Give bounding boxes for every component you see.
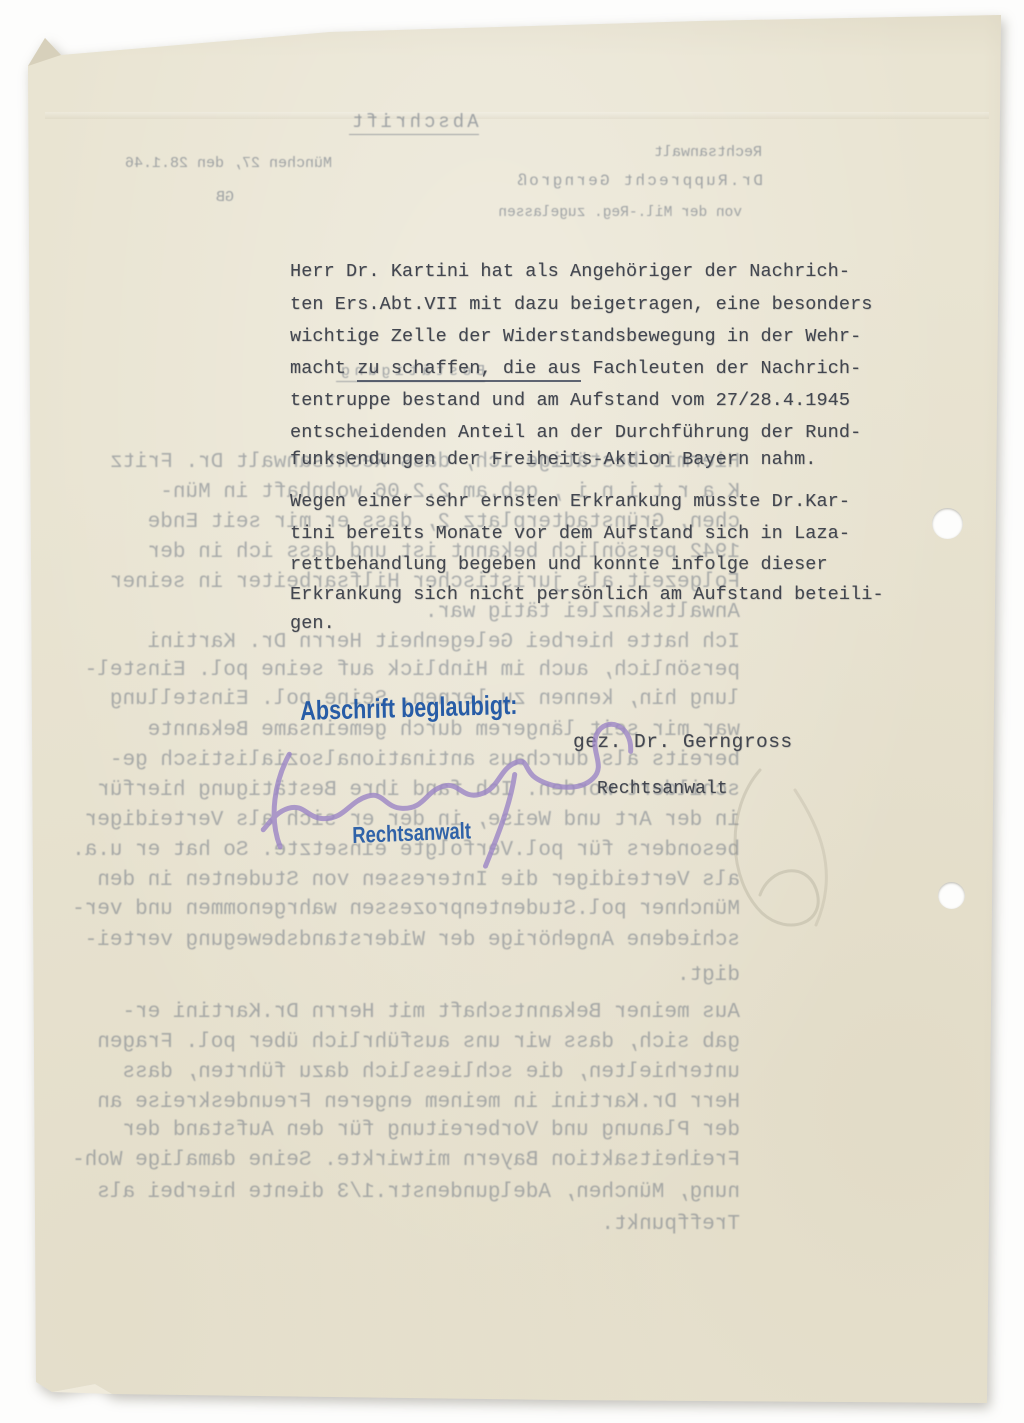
typed-line: gen. bbox=[290, 613, 335, 635]
typed-segment: macht bbox=[290, 358, 357, 379]
typed-line: funksendungen der Freiheits-Aktion Bayer… bbox=[290, 449, 817, 471]
bleed-line: Freiheitsaktion Bayern mitwirkte. Seine … bbox=[72, 1149, 740, 1173]
punch-hole bbox=[932, 508, 963, 539]
typed-line: tini bereits Monate vor dem Aufstand sic… bbox=[290, 523, 850, 545]
typed-segment: Fachleuten der Nachrich- bbox=[581, 358, 861, 379]
underlined-phrase: zu schaffen, die aus bbox=[357, 358, 581, 382]
typed-line: Herr Dr. Kartini hat als Angehöriger der… bbox=[290, 261, 850, 283]
signature-ink bbox=[244, 706, 652, 897]
mirrored-title: Abschrift bbox=[349, 90, 565, 156]
mirrored-ref: GB bbox=[216, 189, 234, 206]
typed-line: rettbehandlung begeben und konnte infolg… bbox=[290, 554, 828, 576]
typed-line: wichtige Zelle der Widerstandsbewegung i… bbox=[290, 326, 861, 348]
bleed-line: digt. bbox=[677, 964, 740, 988]
mirrored-letterhead-line: von der Mil.-Reg. zugelassen bbox=[498, 205, 742, 222]
typed-line: Erkrankung sich nicht persönlich am Aufs… bbox=[290, 584, 884, 606]
mirrored-title-text: Abschrift bbox=[349, 111, 479, 135]
bleed-line: Treffpunkt. bbox=[601, 1213, 740, 1237]
bleed-line: unterhielten, die schliesslich dazu führ… bbox=[122, 1061, 740, 1085]
bleed-line: persönlich, auch im Hinblick auf seine p… bbox=[85, 659, 740, 683]
mirrored-date-line: München 27, den 28.1.46 bbox=[125, 155, 332, 172]
typed-line: tentruppe bestand und am Aufstand vom 27… bbox=[290, 390, 850, 412]
typed-line: ten Ers.Abt.VII mit dazu beigetragen, ei… bbox=[290, 294, 873, 316]
bleed-line: Aus meiner Bekanntschaft mit Herrn Dr.Ka… bbox=[122, 1001, 740, 1025]
punch-hole bbox=[938, 882, 965, 909]
mirrored-letterhead-line: Rechtsanwalt bbox=[654, 144, 762, 161]
bleed-line: nung, München, Adelgundenstr.1/3 diente … bbox=[97, 1181, 740, 1205]
typed-line-underlined: macht zu schaffen, die aus Fachleuten de… bbox=[290, 358, 861, 380]
bleed-line: schiedene Angehörige der Widerstandsbewe… bbox=[85, 929, 740, 953]
mirrored-letterhead-name: Dr.Rupprecht Gerngroß bbox=[515, 172, 763, 190]
bleed-line: Ich hatte hierbei Gelegenheit Herrn Dr. … bbox=[148, 631, 740, 655]
typed-line: entscheidenden Anteil an der Durchführun… bbox=[290, 422, 861, 444]
bleed-line: Münchner pol.Studentenprozessen wahrgeno… bbox=[72, 898, 740, 922]
bleed-line: gab sich, dass wir uns ausführlich über … bbox=[97, 1031, 740, 1055]
typed-line: Wegen einer sehr ernsten Erkrankung muss… bbox=[290, 491, 850, 513]
bleed-line: der Planung und Vorbereitung für den Auf… bbox=[122, 1119, 740, 1143]
document-scan: Abschrift Rechtsanwalt Dr.Rupprecht Gern… bbox=[0, 0, 1024, 1423]
bleed-line: Herr Dr.Kartini in meinem engeren Freund… bbox=[97, 1091, 740, 1115]
